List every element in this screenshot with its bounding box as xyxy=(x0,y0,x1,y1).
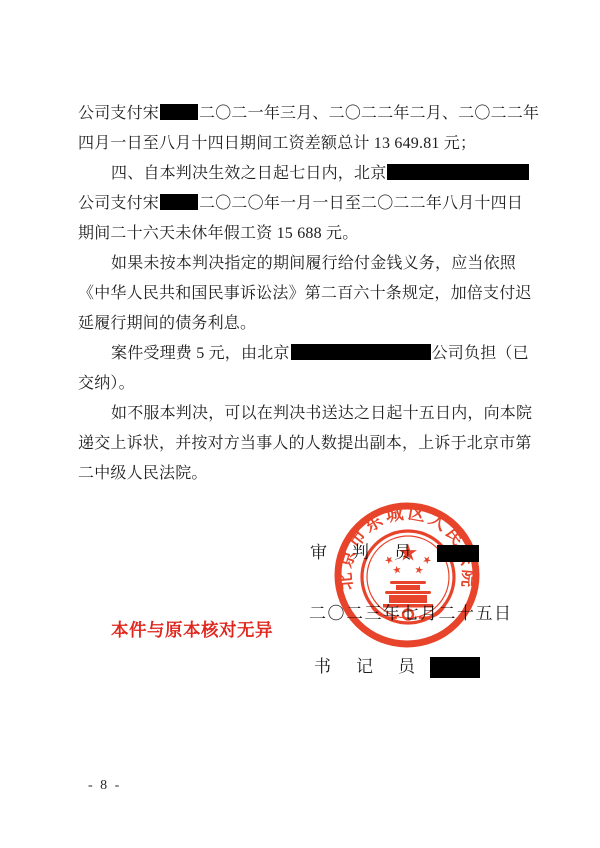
redaction-box xyxy=(291,344,431,360)
judgment-text-line: 如不服本判决，可以在判决书送达之日起十五日内，向本院 xyxy=(78,399,536,429)
judgment-text-line: 四、自本判决生效之日起七日内，北京 xyxy=(78,159,536,189)
judgment-text-line: 递交上诉状，并按对方当事人的人数提出副本，上诉于北京市第 xyxy=(78,429,536,459)
redaction-box xyxy=(160,194,198,210)
redaction-box xyxy=(160,104,198,120)
judgment-text-line: 案件受理费 5 元，由北京公司负担（已 xyxy=(78,339,536,369)
page-number: - 8 - xyxy=(88,778,121,794)
court-seal: 北京市东城区人民法院 xyxy=(327,495,487,655)
judge-name-redaction-box xyxy=(437,545,479,562)
judgment-text-line: 四月一日至八月十四日期间工资差额总计 13 649.81 元； xyxy=(78,129,536,159)
judgment-text-line: 《中华人民共和国民事诉讼法》第二百六十条规定，加倍支付迟 xyxy=(78,279,536,309)
judgment-text-line: 期间二十六天未休年假工资 15 688 元。 xyxy=(78,219,536,249)
judgment-text-line: 交纳）。 xyxy=(78,369,536,399)
clerk-label: 书 记 员 xyxy=(314,657,419,677)
judgment-text-line: 如果未按本判决指定的期间履行给付金钱义务，应当依照 xyxy=(78,249,536,279)
judgment-text-line: 二中级人民法院。 xyxy=(78,459,536,489)
judgment-page: 公司支付宋二〇二一年三月、二〇二二年二月、二〇二二年 四月一日至八月十四日期间工… xyxy=(0,0,600,848)
verification-stamp-text: 本件与原本核对无异 xyxy=(111,620,273,640)
judgment-text-line: 公司支付宋二〇二〇年一月一日至二〇二二年八月十四日 xyxy=(78,189,536,219)
judgment-text-line: 延履行期间的债务利息。 xyxy=(78,309,536,339)
clerk-name-redaction-box xyxy=(430,657,480,678)
redaction-box xyxy=(387,164,529,180)
judgment-body: 公司支付宋二〇二一年三月、二〇二二年二月、二〇二二年 四月一日至八月十四日期间工… xyxy=(78,99,536,489)
judgment-text-line: 公司支付宋二〇二一年三月、二〇二二年二月、二〇二二年 xyxy=(78,99,536,129)
